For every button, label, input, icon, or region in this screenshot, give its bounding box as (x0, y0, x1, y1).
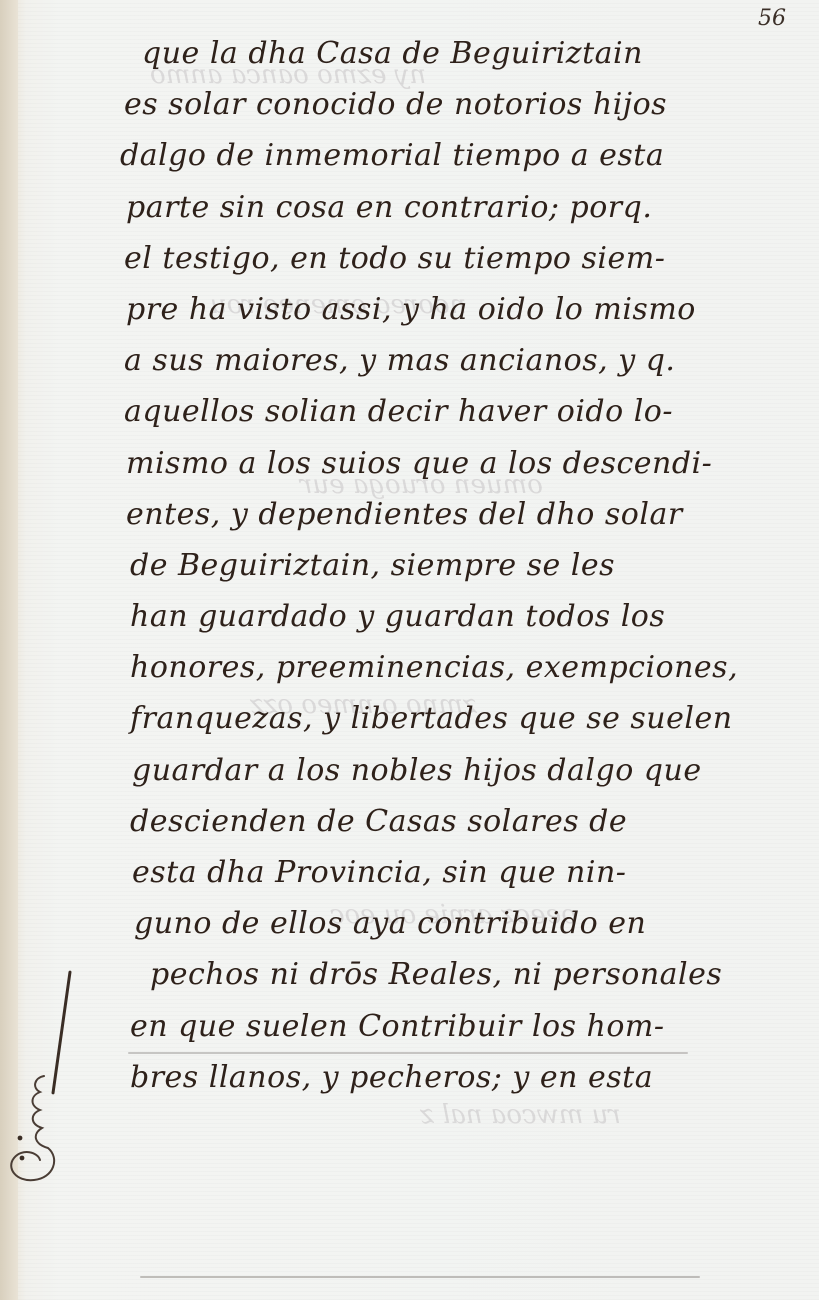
line-text: parte sin cosa en contrario; porq. (126, 182, 652, 233)
text-line: el testigo, en todo su tiempo siem- (120, 233, 790, 284)
text-line: aquellos solian decir haver oido lo- (120, 386, 790, 437)
bleed-through-text: ru mwcoa nal z (420, 1100, 621, 1130)
text-line: guno de ellos aya contribuido en (120, 898, 790, 949)
text-line: descienden de Casas solares de (120, 796, 790, 847)
text-line: parte sin cosa en contrario; porq. (120, 182, 790, 233)
text-line: honores, preeminencias, exempciones, (120, 642, 790, 693)
line-text: pre ha visto assi, y ha oido lo mismo (126, 284, 696, 335)
line-text: entes, y dependientes del dho solar (126, 489, 683, 540)
text-line: pre ha visto assi, y ha oido lo mismo (120, 284, 790, 335)
text-line: es solar conocido de notorios hijos (120, 79, 790, 130)
text-line: a sus maiores, y mas ancianos, y q. (120, 335, 790, 386)
line-text: el testigo, en todo su tiempo siem- (124, 233, 665, 284)
line-text: en que suelen Contribuir los hom- (130, 1001, 664, 1052)
line-text: de Beguiriztain, siempre se les (130, 540, 615, 591)
line-text: guno de ellos aya contribuido en (134, 898, 646, 949)
line-text: dalgo de inmemorial tiempo a esta (120, 130, 664, 181)
manuscript-page: ny ezmo oanca anmo nooreo omeneo rou omu… (0, 0, 819, 1300)
text-line: esta dha Provincia, sin que nin- (120, 847, 790, 898)
line-text: bres llanos, y pecheros; y en esta (130, 1052, 653, 1103)
text-line: guardar a los nobles hijos dalgo que (120, 745, 790, 796)
line-text: guardar a los nobles hijos dalgo que (132, 745, 702, 796)
line-text: a sus maiores, y mas ancianos, y q. (124, 335, 675, 386)
line-text: esta dha Provincia, sin que nin- (132, 847, 626, 898)
text-line: franquezas, y libertades que se suelen (120, 693, 790, 744)
text-line: pechos ni drōs Reales, ni personales (120, 949, 790, 1000)
line-text: honores, preeminencias, exempciones, (130, 642, 738, 693)
text-line: mismo a los suios que a los descendi- (120, 438, 790, 489)
line-text: aquellos solian decir haver oido lo- (124, 386, 673, 437)
line-text: descienden de Casas solares de (130, 796, 627, 847)
margin-rubric-icon (4, 1068, 64, 1188)
line-text: mismo a los suios que a los descendi- (126, 438, 712, 489)
text-line: bres llanos, y pecheros; y en esta (120, 1052, 790, 1103)
text-line: en que suelen Contribuir los hom- (120, 1001, 790, 1052)
text-line: han guardado y guardan todos los (120, 591, 790, 642)
ruled-line (140, 1276, 700, 1278)
line-text: franquezas, y libertades que se suelen (130, 693, 733, 744)
manuscript-text-block: que la dha Casa de Beguiriztain es solar… (120, 28, 790, 1103)
text-line: dalgo de inmemorial tiempo a esta (120, 130, 790, 181)
ruled-line (128, 1052, 688, 1054)
text-line: que la dha Casa de Beguiriztain (120, 28, 790, 79)
line-text: pechos ni drōs Reales, ni personales (150, 949, 722, 1000)
text-line: de Beguiriztain, siempre se les (120, 540, 790, 591)
text-line: entes, y dependientes del dho solar (120, 489, 790, 540)
line-text: es solar conocido de notorios hijos (124, 79, 667, 130)
line-text: han guardado y guardan todos los (130, 591, 665, 642)
line-text: que la dha Casa de Beguiriztain (142, 28, 643, 79)
